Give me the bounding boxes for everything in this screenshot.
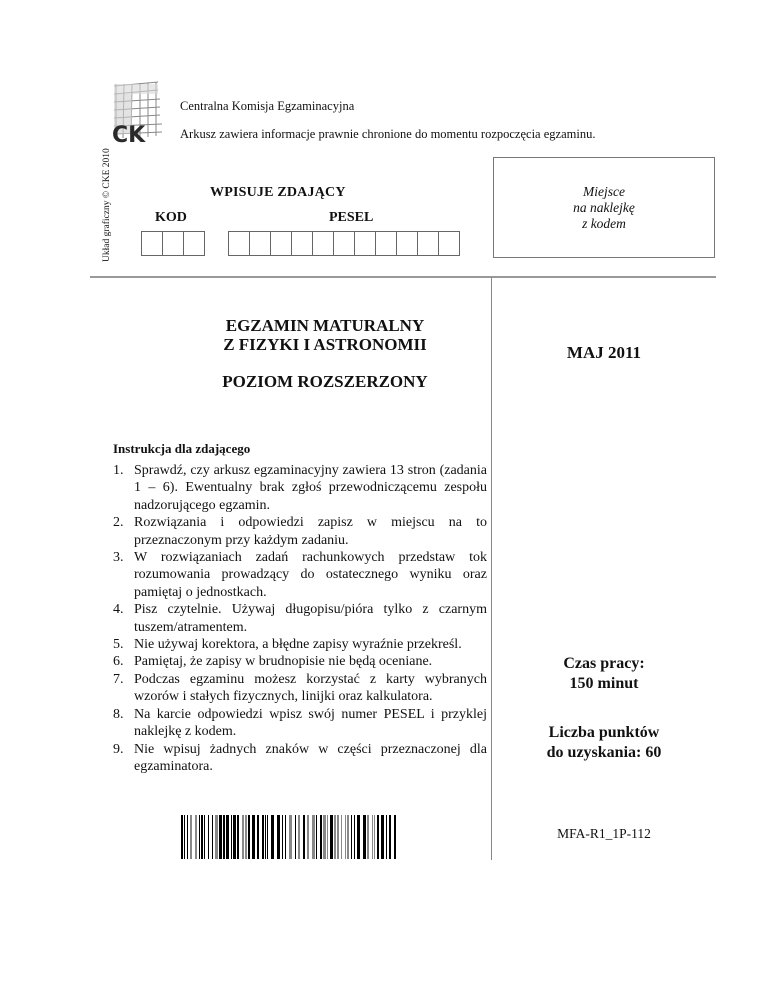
instructions-heading: Instrukcja dla zdającego <box>113 441 250 457</box>
instruction-item: 5.Nie używaj korektora, a błędne zapisy … <box>113 636 487 653</box>
points-label: Liczba punktów <box>493 723 715 743</box>
exam-level: POZIOM ROZSZERZONY <box>160 372 490 391</box>
instruction-text: Rozwiązania i odpowiedzi zapisz w miejsc… <box>134 515 487 547</box>
pesel-label: PESEL <box>329 210 373 226</box>
instruction-item: 6.Pamiętaj, że zapisy w brudnopisie nie … <box>113 653 487 670</box>
digit-box[interactable] <box>333 231 355 256</box>
instruction-item: 8.Na karcie odpowiedzi wpisz swój numer … <box>113 706 487 741</box>
instruction-number: 7. <box>113 671 124 688</box>
digit-box[interactable] <box>162 231 184 256</box>
digit-box[interactable] <box>141 231 163 256</box>
organization-name: Centralna Komisja Egzaminacyjna <box>180 99 354 114</box>
instruction-text: Nie wpisuj żadnych znaków w części przez… <box>134 742 487 774</box>
instruction-number: 6. <box>113 653 124 670</box>
sticker-line-1: Miejsce <box>494 184 714 200</box>
sticker-line-3: z kodem <box>494 216 714 232</box>
digit-box[interactable] <box>354 231 376 256</box>
digit-box[interactable] <box>312 231 334 256</box>
instruction-item: 1.Sprawdź, czy arkusz egzaminacyjny zawi… <box>113 462 487 514</box>
max-points: Liczba punktów do uzyskania: 60 <box>493 723 715 763</box>
exam-date: MAJ 2011 <box>493 343 715 363</box>
digit-box[interactable] <box>291 231 313 256</box>
instruction-text: Pamiętaj, że zapisy w brudnopisie nie bę… <box>134 654 432 669</box>
instruction-number: 2. <box>113 514 124 531</box>
instruction-number: 5. <box>113 636 124 653</box>
exam-duration: Czas pracy: 150 minut <box>493 654 715 694</box>
pesel-input-boxes[interactable] <box>228 231 460 256</box>
instruction-number: 4. <box>113 601 124 618</box>
instruction-text: Podczas egzaminu możesz korzystać z kart… <box>134 672 487 704</box>
instruction-number: 1. <box>113 462 124 479</box>
barcode-icon <box>181 815 401 859</box>
exam-title-line-2: Z FIZYKI I ASTRONOMII <box>160 335 490 354</box>
instruction-number: 3. <box>113 549 124 566</box>
cke-logo-icon: CK <box>100 80 166 148</box>
instruction-text: Na karcie odpowiedzi wpisz swój numer PE… <box>134 707 487 739</box>
protection-note: Arkusz zawiera informacje prawnie chroni… <box>180 127 595 142</box>
svg-text:CK: CK <box>112 123 146 148</box>
instruction-text: Nie używaj korektora, a błędne zapisy wy… <box>134 637 462 652</box>
graphic-layout-credit: Układ graficzny © CKE 2010 <box>102 148 112 262</box>
duration-value: 150 minut <box>493 674 715 694</box>
instruction-item: 7.Podczas egzaminu możesz korzystać z ka… <box>113 671 487 706</box>
kod-label: KOD <box>155 210 187 226</box>
sticker-line-2: na naklejkę <box>494 200 714 216</box>
student-section-heading: WPISUJE ZDAJĄCY <box>210 185 346 201</box>
points-value: do uzyskania: 60 <box>493 743 715 763</box>
digit-box[interactable] <box>375 231 397 256</box>
instruction-item: 2.Rozwiązania i odpowiedzi zapisz w miej… <box>113 514 487 549</box>
code-sticker-area: Miejsce na naklejkę z kodem <box>493 157 715 258</box>
instruction-item: 3.W rozwiązaniach zadań rachunkowych prz… <box>113 549 487 601</box>
exam-sheet-code: MFA-R1_1P-112 <box>493 826 715 842</box>
digit-box[interactable] <box>270 231 292 256</box>
digit-box[interactable] <box>183 231 205 256</box>
digit-box[interactable] <box>249 231 271 256</box>
exam-title-line-1: EGZAMIN MATURALNY <box>160 316 490 335</box>
instruction-item: 9.Nie wpisuj żadnych znaków w części prz… <box>113 741 487 776</box>
instructions-list: 1.Sprawdź, czy arkusz egzaminacyjny zawi… <box>113 462 487 775</box>
kod-input-boxes[interactable] <box>141 231 205 256</box>
horizontal-divider <box>90 276 716 278</box>
instruction-number: 8. <box>113 706 124 723</box>
instruction-text: Pisz czytelnie. Używaj długopisu/pióra t… <box>134 602 487 634</box>
instruction-number: 9. <box>113 741 124 758</box>
digit-box[interactable] <box>438 231 460 256</box>
instruction-text: W rozwiązaniach zadań rachunkowych przed… <box>134 550 487 600</box>
digit-box[interactable] <box>396 231 418 256</box>
instruction-item: 4.Pisz czytelnie. Używaj długopisu/pióra… <box>113 601 487 636</box>
instruction-text: Sprawdź, czy arkusz egzaminacyjny zawier… <box>134 463 487 513</box>
digit-box[interactable] <box>228 231 250 256</box>
digit-box[interactable] <box>417 231 439 256</box>
vertical-divider <box>491 277 492 860</box>
duration-label: Czas pracy: <box>493 654 715 674</box>
